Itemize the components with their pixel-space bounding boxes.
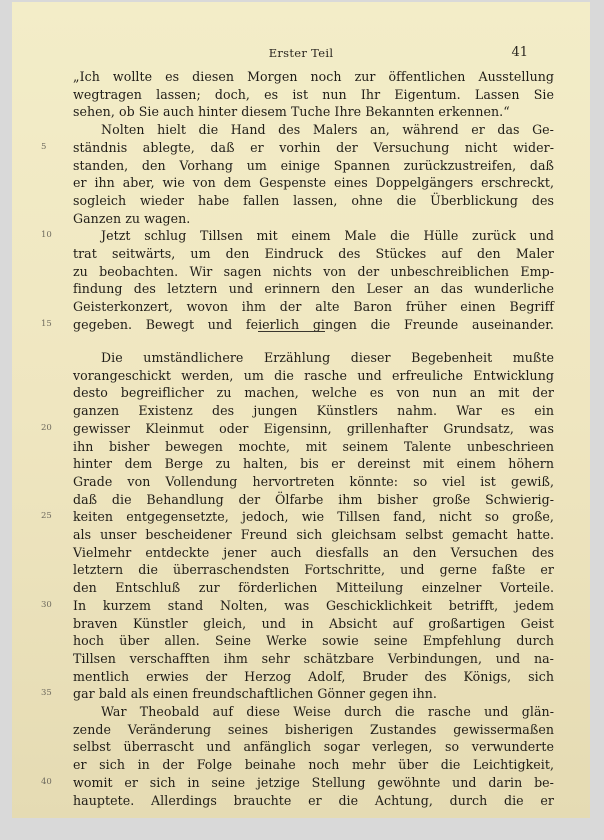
book-page: Erster Teil 41 „Ich wollte es diesen Mor… [12, 2, 590, 818]
text-line: ganzen Existenz des jungen Künstlers nah… [73, 402, 554, 420]
text-line: trat seitwärts, um den Eindruck des Stüc… [73, 245, 554, 263]
text-line: Die umständlichere Erzählung dieser Bege… [73, 349, 554, 367]
text-line: Grade von Vollendung hervortreten könnte… [73, 473, 554, 491]
text-line: er sich in der Folge beinahe noch mehr ü… [73, 756, 554, 774]
text-line: hoch über allen. Seine Werke sowie seine… [73, 632, 554, 650]
text-line: letztern die überraschendsten Fortschrit… [73, 561, 554, 579]
line-number: 5 [41, 139, 61, 157]
text-line: sogleich wieder habe fallen lassen, ohne… [73, 192, 554, 210]
text-line: braven Künstler gleich, und in Absicht a… [73, 615, 554, 633]
text-line: desto begreiflicher zu machen, welche es… [73, 384, 554, 402]
text-line: mentlich erwies der Herzog Adolf, Bruder… [73, 668, 554, 686]
text-line: ständnis ablegte, daß er vorhin der Vers… [73, 139, 554, 157]
text-line: hinter dem Berge zu halten, bis er derei… [73, 455, 554, 473]
text-line: als unser bescheidener Freund sich gleic… [73, 526, 554, 544]
text-line: womit er sich in seine jetzige Stellung … [73, 774, 554, 792]
page-header: Erster Teil 41 [12, 46, 590, 64]
text-line: den Entschluß zur förderlichen Mitteilun… [73, 579, 554, 597]
line-number: 35 [41, 685, 61, 703]
section-separator-rule [258, 331, 325, 332]
text-line: In kurzem stand Nolten, was Geschicklich… [73, 597, 554, 615]
text-line: Ganzen zu wagen. [73, 210, 554, 228]
text-line: zende Veränderung seines bisherigen Zust… [73, 721, 554, 739]
text-line: zu beobachten. Wir sagen nichts von der … [73, 263, 554, 281]
text-line: Tillsen verschafften ihm sehr schätzbare… [73, 650, 554, 668]
line-number: 15 [41, 316, 61, 334]
line-number: 40 [41, 774, 61, 792]
text-line: „Ich wollte es diesen Morgen noch zur öf… [73, 68, 554, 86]
text-line: er ihn aber, wie von dem Gespenste eines… [73, 174, 554, 192]
text-line: keiten entgegensetzte, jedoch, wie Tills… [73, 508, 554, 526]
text-line: Jetzt schlug Tillsen mit einem Male die … [73, 227, 554, 245]
text-line: gewisser Kleinmut oder Eigensinn, grille… [73, 420, 554, 438]
line-number: 25 [41, 508, 61, 526]
text-line: Geisterkonzert, wovon ihm der alte Baron… [73, 298, 554, 316]
line-number: 20 [41, 420, 61, 438]
text-line: Nolten hielt die Hand des Malers an, wäh… [73, 121, 554, 139]
text-line: findung des letztern und erinnern den Le… [73, 280, 554, 298]
text-line: wegtragen lassen; doch, es ist nun Ihr E… [73, 86, 554, 104]
text-line: sehen, ob Sie auch hinter diesem Tuche I… [73, 103, 554, 121]
text-line: gar bald als einen freundschaftlichen Gö… [73, 685, 554, 703]
text-line: vorangeschickt werden, um die rasche und… [73, 367, 554, 385]
text-line: daß die Behandlung der Ölfarbe ihm bishe… [73, 491, 554, 509]
text-line: War Theobald auf diese Weise durch die r… [73, 703, 554, 721]
text-line: selbst überrascht und anfänglich sogar v… [73, 738, 554, 756]
text-line: standen, den Vorhang um einige Spannen z… [73, 157, 554, 175]
text-line: Vielmehr entdeckte jener auch diesfalls … [73, 544, 554, 562]
line-number: 30 [41, 597, 61, 615]
text-line: ihn bisher bewegen mochte, mit seinem Ta… [73, 438, 554, 456]
running-title: Erster Teil [12, 46, 590, 60]
page-number: 41 [511, 45, 528, 60]
line-number: 10 [41, 227, 61, 245]
text-line: hauptete. Allerdings brauchte er die Ach… [73, 792, 554, 810]
